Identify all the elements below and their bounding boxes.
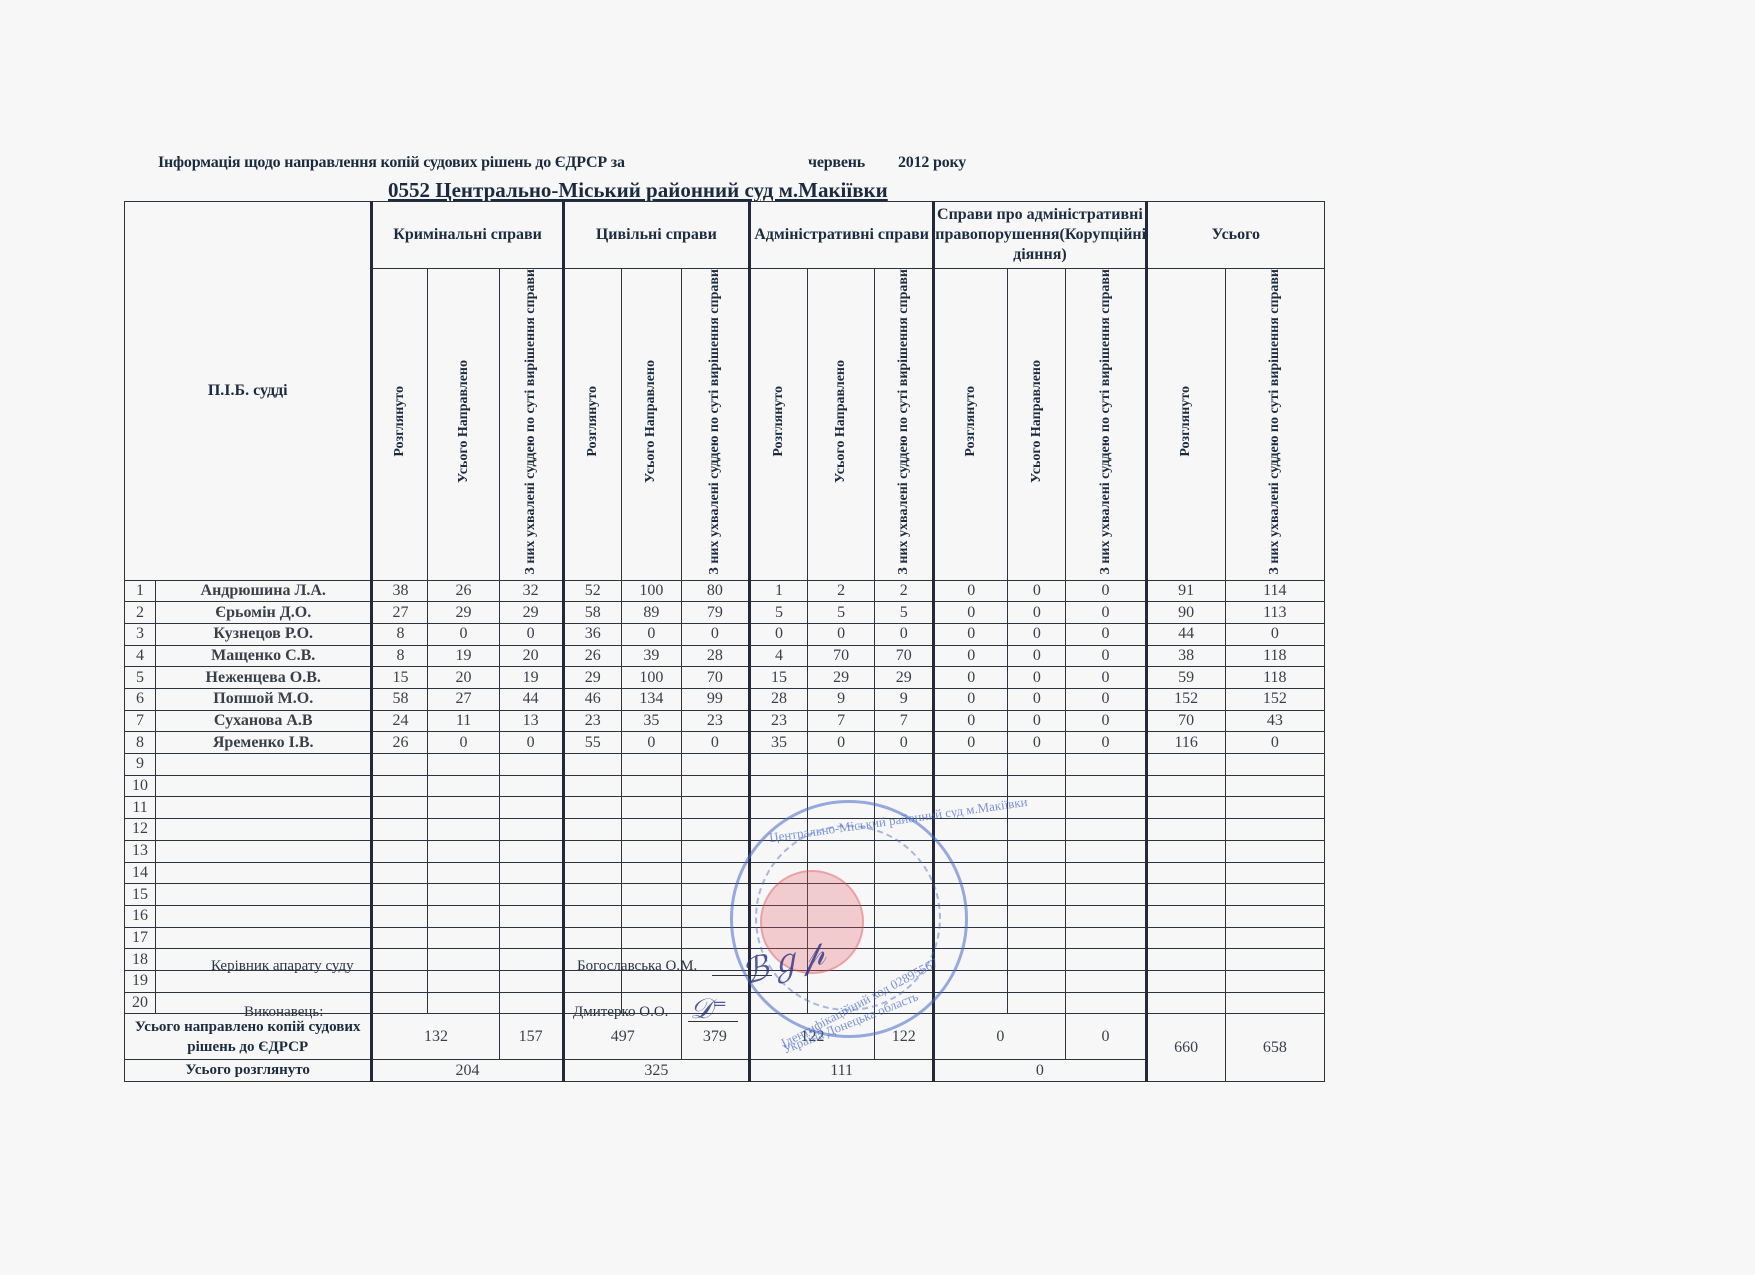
cell-value <box>681 862 749 884</box>
judge-name <box>156 819 372 841</box>
subheader-text: Розглянуто <box>963 386 979 457</box>
cell-value: 19 <box>499 667 563 689</box>
cell-value: 20 <box>428 667 499 689</box>
cell-value <box>1225 819 1324 841</box>
cell-value <box>499 927 563 949</box>
cell-value <box>1066 775 1146 797</box>
cell-value <box>808 927 875 949</box>
subheader-text: Усього Направлено <box>833 360 849 483</box>
cell-value <box>749 775 807 797</box>
cell-value <box>372 927 428 949</box>
row-number: 20 <box>125 992 156 1014</box>
cell-value: 44 <box>1146 623 1225 645</box>
cell-value <box>808 905 875 927</box>
cell-value: 39 <box>621 645 681 667</box>
group-total: Усього <box>1146 202 1324 269</box>
cell-value: 58 <box>563 602 621 624</box>
cell-value <box>934 775 1008 797</box>
table-row: 14 <box>125 862 1325 884</box>
cell-value: 70 <box>681 667 749 689</box>
subheader-text: Усього Направлено <box>1029 360 1045 483</box>
table-row: 7Суханова А.В24111323352323770007043 <box>125 710 1325 732</box>
subheader-text: З них ухвалені суддею по суті вирішення … <box>896 269 912 575</box>
cell-value <box>749 905 807 927</box>
row-number: 1 <box>125 580 156 602</box>
cell-value <box>499 992 563 1014</box>
total-reviewed-row: Усього розглянуто2043251110 <box>125 1060 1325 1082</box>
subheader-reviewed: Розглянуто <box>749 269 807 581</box>
judge-name-header: П.І.Б. судді <box>125 202 372 581</box>
cell-value <box>1066 927 1146 949</box>
total-reviewed-label: Усього розглянуто <box>125 1060 372 1082</box>
cell-value: 29 <box>499 602 563 624</box>
cell-value: 55 <box>563 732 621 754</box>
cell-value: 27 <box>372 602 428 624</box>
cell-value <box>1008 819 1066 841</box>
cell-value <box>1146 905 1225 927</box>
cell-value <box>681 754 749 776</box>
cell-value <box>372 992 428 1014</box>
cell-value: 7 <box>808 710 875 732</box>
cell-value <box>681 884 749 906</box>
cell-value <box>428 970 499 992</box>
cell-value <box>428 775 499 797</box>
row-number: 13 <box>125 840 156 862</box>
subheader-sent: Усього Направлено <box>808 269 875 581</box>
cell-value: 0 <box>875 732 934 754</box>
cell-value: 152 <box>1146 689 1225 711</box>
cell-value: 0 <box>934 580 1008 602</box>
cell-value <box>499 905 563 927</box>
cell-value <box>1008 970 1066 992</box>
cell-value <box>428 840 499 862</box>
cell-value: 0 <box>934 645 1008 667</box>
cell-value <box>563 819 621 841</box>
judge-name <box>156 884 372 906</box>
cell-value: 5 <box>808 602 875 624</box>
cell-value: 0 <box>1066 710 1146 732</box>
cell-value <box>934 905 1008 927</box>
cell-value: 59 <box>1146 667 1225 689</box>
subheader-of-which: З них ухвалені суддею по суті вирішення … <box>875 269 934 581</box>
row-number: 10 <box>125 775 156 797</box>
cell-value: 100 <box>621 667 681 689</box>
row-number: 11 <box>125 797 156 819</box>
cell-value: 9 <box>808 689 875 711</box>
cell-value <box>875 905 934 927</box>
cell-value: 0 <box>1008 645 1066 667</box>
subheader-sent: Усього Направлено <box>621 269 681 581</box>
subheader-reviewed: Розглянуто <box>563 269 621 581</box>
table-row: 4Мащенко С.В.819202639284707000038118 <box>125 645 1325 667</box>
criminal-reviewed-total: 204 <box>372 1060 563 1082</box>
cell-value: 0 <box>1066 623 1146 645</box>
report-year: 2012 року <box>898 154 966 172</box>
cell-value <box>934 927 1008 949</box>
cell-value <box>875 754 934 776</box>
cell-value <box>1225 862 1324 884</box>
cell-value <box>499 797 563 819</box>
cell-value <box>875 862 934 884</box>
cell-value <box>1146 884 1225 906</box>
judge-name <box>156 754 372 776</box>
cell-value: 15 <box>372 667 428 689</box>
cell-value <box>749 862 807 884</box>
cell-value: 0 <box>934 732 1008 754</box>
cell-value <box>428 797 499 819</box>
cell-value: 29 <box>563 667 621 689</box>
cell-value <box>681 840 749 862</box>
cell-value <box>1008 927 1066 949</box>
cell-value <box>1066 754 1146 776</box>
cell-value <box>563 905 621 927</box>
cell-value <box>621 775 681 797</box>
cell-value <box>563 797 621 819</box>
cell-value <box>749 949 807 971</box>
subheader-of-which: З них ухвалені суддею по суті вирішення … <box>499 269 563 581</box>
cell-value <box>372 862 428 884</box>
cell-value: 91 <box>1146 580 1225 602</box>
cell-value: 118 <box>1225 645 1324 667</box>
cell-value <box>1146 927 1225 949</box>
cell-value: 0 <box>499 732 563 754</box>
cell-value <box>1225 927 1324 949</box>
cell-value <box>1066 949 1146 971</box>
cell-value <box>934 754 1008 776</box>
cell-value <box>681 819 749 841</box>
judge-name: Андрюшина Л.А. <box>156 580 372 602</box>
cell-value: 5 <box>875 602 934 624</box>
head-of-staff-name: Богославська О.М. <box>577 958 697 975</box>
cell-value <box>1066 862 1146 884</box>
subheader-reviewed: Розглянуто <box>934 269 1008 581</box>
cell-value <box>749 992 807 1014</box>
cell-value: 114 <box>1225 580 1324 602</box>
court-name: 0552 Центрально-Міський районний суд м.М… <box>388 178 888 203</box>
cell-value <box>808 840 875 862</box>
subheader-of-which: З них ухвалені суддею по суті вирішення … <box>1066 269 1146 581</box>
cell-value: 19 <box>428 645 499 667</box>
row-number: 7 <box>125 710 156 732</box>
cell-value <box>1225 775 1324 797</box>
cell-value <box>621 840 681 862</box>
cell-value: 100 <box>621 580 681 602</box>
cell-value: 99 <box>681 689 749 711</box>
cell-value: 0 <box>1008 732 1066 754</box>
cell-value <box>1146 970 1225 992</box>
cell-value <box>621 754 681 776</box>
cell-value: 0 <box>808 732 875 754</box>
cell-value: 26 <box>428 580 499 602</box>
cell-value <box>499 884 563 906</box>
cell-value: 118 <box>1225 667 1324 689</box>
cell-value: 0 <box>808 623 875 645</box>
table-row: 6Попшой М.О.58274446134992899000152152 <box>125 689 1325 711</box>
cell-value <box>428 819 499 841</box>
row-number: 5 <box>125 667 156 689</box>
cell-value <box>499 754 563 776</box>
judge-name <box>156 927 372 949</box>
document-title: Інформація щодо направлення копій судови… <box>158 154 625 172</box>
subheader-sent: Усього Направлено <box>1008 269 1066 581</box>
cell-value: 0 <box>428 732 499 754</box>
row-number: 3 <box>125 623 156 645</box>
executor-label: Виконавець: <box>244 1004 323 1021</box>
row-number: 14 <box>125 862 156 884</box>
judge-name: Попшой М.О. <box>156 689 372 711</box>
cell-value: 0 <box>1225 732 1324 754</box>
cell-value <box>1146 754 1225 776</box>
cell-value: 0 <box>1008 580 1066 602</box>
cell-value: 0 <box>934 689 1008 711</box>
cell-value: 0 <box>428 623 499 645</box>
cell-value <box>428 992 499 1014</box>
cell-value: 0 <box>1066 645 1146 667</box>
cell-value: 7 <box>875 710 934 732</box>
cell-value <box>749 797 807 819</box>
cell-value: 0 <box>1066 732 1146 754</box>
cell-value <box>428 905 499 927</box>
judge-name: Неженцева О.В. <box>156 667 372 689</box>
cell-value <box>1146 992 1225 1014</box>
title-text: Інформація щодо направлення копій судови… <box>158 154 625 171</box>
cell-value: 15 <box>749 667 807 689</box>
table-row: 11 <box>125 797 1325 819</box>
cell-value: 0 <box>621 623 681 645</box>
cell-value <box>1008 840 1066 862</box>
group-civil: Цивільні справи <box>563 202 749 269</box>
cell-value <box>372 819 428 841</box>
cell-value: 2 <box>808 580 875 602</box>
cell-value: 52 <box>563 580 621 602</box>
table-row: 5Неженцева О.В.1520192910070152929000591… <box>125 667 1325 689</box>
cell-value: 70 <box>875 645 934 667</box>
cell-value <box>934 992 1008 1014</box>
offense-reviewed-total: 0 <box>934 1060 1146 1082</box>
cell-value <box>875 775 934 797</box>
cell-value <box>1008 775 1066 797</box>
cell-value: 5 <box>749 602 807 624</box>
table-row: 2Єрьомін Д.О.27292958897955500090113 <box>125 602 1325 624</box>
cell-value: 0 <box>1008 710 1066 732</box>
table-row: 15 <box>125 884 1325 906</box>
cell-value: 0 <box>621 732 681 754</box>
cell-value <box>681 992 749 1014</box>
admin-of-which-total: 122 <box>875 1014 934 1060</box>
row-number: 12 <box>125 819 156 841</box>
row-number: 16 <box>125 905 156 927</box>
table-row: 10 <box>125 775 1325 797</box>
judge-name <box>156 840 372 862</box>
cell-value: 0 <box>1066 689 1146 711</box>
row-number: 15 <box>125 884 156 906</box>
subheader-text: З них ухвалені суддею по суті вирішення … <box>1098 269 1114 575</box>
row-number: 18 <box>125 949 156 971</box>
cell-value: 4 <box>749 645 807 667</box>
cell-value <box>934 862 1008 884</box>
signature-line <box>712 975 772 976</box>
table-row: 13 <box>125 840 1325 862</box>
cell-value: 0 <box>875 623 934 645</box>
subheader-text: Усього Направлено <box>643 360 659 483</box>
cell-value: 26 <box>372 732 428 754</box>
cell-value <box>1066 992 1146 1014</box>
judge-name: Єрьомін Д.О. <box>156 602 372 624</box>
cell-value <box>621 905 681 927</box>
cell-value <box>621 862 681 884</box>
cell-value: 29 <box>428 602 499 624</box>
cell-value <box>1066 884 1146 906</box>
cell-value: 8 <box>372 623 428 645</box>
cell-value: 26 <box>563 645 621 667</box>
cell-value: 0 <box>681 623 749 645</box>
row-number: 19 <box>125 970 156 992</box>
cell-value <box>681 775 749 797</box>
table-row: 9 <box>125 754 1325 776</box>
cell-value <box>428 862 499 884</box>
cell-value <box>808 970 875 992</box>
cell-value <box>621 884 681 906</box>
cell-value <box>808 884 875 906</box>
cell-value: 152 <box>1225 689 1324 711</box>
cell-value <box>934 840 1008 862</box>
cell-value: 36 <box>563 623 621 645</box>
judge-name <box>156 905 372 927</box>
head-of-staff-label: Керівник апарату суду <box>211 958 354 975</box>
cell-value: 46 <box>563 689 621 711</box>
cell-value <box>499 862 563 884</box>
table-row: 3Кузнецов Р.О.8003600000000440 <box>125 623 1325 645</box>
cell-value <box>1008 992 1066 1014</box>
cell-value <box>499 970 563 992</box>
subheader-text: З них ухвалені суддею по суті вирішення … <box>707 269 723 575</box>
cell-value: 0 <box>681 732 749 754</box>
cell-value <box>1225 949 1324 971</box>
cell-value <box>428 754 499 776</box>
cell-value <box>1066 840 1146 862</box>
cell-value: 0 <box>1008 623 1066 645</box>
cell-value: 0 <box>934 710 1008 732</box>
row-number: 4 <box>125 645 156 667</box>
cell-value: 0 <box>1066 667 1146 689</box>
cell-value <box>934 970 1008 992</box>
row-number: 9 <box>125 754 156 776</box>
table-row: 1Андрюшина Л.А.382632521008012200091114 <box>125 580 1325 602</box>
grand-total-reviewed: 660 <box>1146 1014 1225 1082</box>
cell-value <box>1066 970 1146 992</box>
cell-value: 24 <box>372 710 428 732</box>
cell-value <box>372 970 428 992</box>
cell-value: 0 <box>1008 602 1066 624</box>
cell-value: 90 <box>1146 602 1225 624</box>
executor-name: Дмитерко О.О. <box>573 1004 668 1021</box>
row-number: 2 <box>125 602 156 624</box>
cell-value: 0 <box>1066 580 1146 602</box>
cell-value <box>808 797 875 819</box>
cell-value <box>681 905 749 927</box>
cell-value <box>1225 992 1324 1014</box>
cell-value: 28 <box>749 689 807 711</box>
cell-value <box>621 819 681 841</box>
subheader-text: З них ухвалені суддею по суті вирішення … <box>523 269 539 575</box>
cell-value <box>1146 862 1225 884</box>
subheader-text: Усього Направлено <box>456 360 472 483</box>
cell-value <box>563 775 621 797</box>
cell-value <box>621 927 681 949</box>
subheader-reviewed: Розглянуто <box>372 269 428 581</box>
report-table: П.І.Б. судді Кримінальні справи Цивільні… <box>124 201 1325 1082</box>
subheader-sent: Усього Направлено <box>428 269 499 581</box>
cell-value: 29 <box>808 667 875 689</box>
cell-value <box>499 819 563 841</box>
subheader-of-which: З них ухвалені суддею по суті вирішення … <box>681 269 749 581</box>
cell-value <box>372 797 428 819</box>
cell-value: 23 <box>681 710 749 732</box>
table-row: 16 <box>125 905 1325 927</box>
judge-name: Яременко І.В. <box>156 732 372 754</box>
judge-name: Кузнецов Р.О. <box>156 623 372 645</box>
cell-value <box>875 884 934 906</box>
cell-value: 23 <box>749 710 807 732</box>
judge-name: Суханова А.В <box>156 710 372 732</box>
judge-name <box>156 775 372 797</box>
cell-value: 0 <box>1008 689 1066 711</box>
cell-value <box>681 927 749 949</box>
cell-value <box>808 949 875 971</box>
cell-value <box>1066 905 1146 927</box>
cell-value: 116 <box>1146 732 1225 754</box>
signature-line <box>688 1021 738 1022</box>
cell-value <box>1008 862 1066 884</box>
cell-value <box>1066 819 1146 841</box>
cell-value: 134 <box>621 689 681 711</box>
cell-value <box>934 884 1008 906</box>
cell-value: 113 <box>1225 602 1324 624</box>
cell-value <box>1008 884 1066 906</box>
cell-value: 0 <box>749 623 807 645</box>
report-month: червень <box>808 154 865 172</box>
cell-value <box>428 884 499 906</box>
cell-value: 70 <box>1146 710 1225 732</box>
cell-value <box>499 840 563 862</box>
group-administrative: Адміністративні справи <box>749 202 933 269</box>
cell-value <box>1146 949 1225 971</box>
cell-value <box>1008 754 1066 776</box>
judge-name: Мащенко С.В. <box>156 645 372 667</box>
subheader-text: Розглянуто <box>1178 386 1194 457</box>
subheader-text: Розглянуто <box>771 386 787 457</box>
table-row: 12 <box>125 819 1325 841</box>
cell-value: 8 <box>372 645 428 667</box>
cell-value <box>749 970 807 992</box>
cell-value <box>563 862 621 884</box>
cell-value <box>1225 905 1324 927</box>
cell-value: 0 <box>1066 602 1146 624</box>
cell-value <box>563 927 621 949</box>
cell-value: 70 <box>808 645 875 667</box>
cell-value <box>1225 840 1324 862</box>
cell-value: 89 <box>621 602 681 624</box>
cell-value: 27 <box>428 689 499 711</box>
criminal-of-which-total: 157 <box>499 1014 563 1060</box>
cell-value: 11 <box>428 710 499 732</box>
cell-value <box>749 884 807 906</box>
cell-value: 23 <box>563 710 621 732</box>
cell-value <box>1225 884 1324 906</box>
judge-name <box>156 797 372 819</box>
cell-value <box>749 754 807 776</box>
cell-value: 79 <box>681 602 749 624</box>
